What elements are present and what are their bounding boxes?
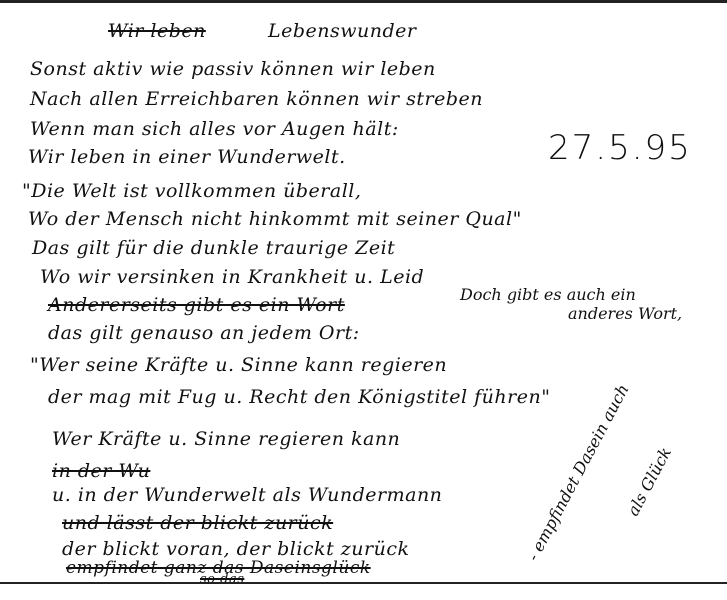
date-note: 27.5.95 [548, 128, 692, 168]
margin-note-rotated: - empfindet Dasein auch [523, 381, 632, 564]
poem-line: Sonst aktiv wie passiv können wir leben [30, 58, 436, 80]
poem-line-struck: so das [200, 572, 244, 587]
poem-line: Wir leben in einer Wunderwelt. [28, 146, 346, 168]
poem-line: u. in der Wunderwelt als Wundermann [52, 484, 442, 506]
poem-line: Wo der Mensch nicht hinkommt mit seiner … [28, 208, 522, 230]
margin-note-rotated: als Glück [623, 444, 675, 519]
poem-line: der mag mit Fug u. Recht den Königstitel… [48, 386, 550, 408]
page-bottom-edge [0, 582, 727, 584]
page-top-edge [0, 0, 727, 3]
poem-line: Das gilt für die dunkle traurige Zeit [32, 237, 395, 259]
poem-line-struck: und lässt der blickt zurück [62, 512, 333, 534]
poem-line: der blickt voran, der blickt zurück [62, 538, 409, 560]
poem-line: das gilt genauso an jedem Ort: [48, 322, 360, 344]
poem-line-struck: Andererseits gibt es ein Wort [48, 294, 345, 316]
poem-line: Wenn man sich alles vor Augen hält: [30, 118, 399, 140]
title-struck: Wir leben [108, 20, 206, 42]
margin-note: anderes Wort, [568, 304, 682, 323]
poem-line: Wer Kräfte u. Sinne regieren kann [52, 428, 400, 450]
poem-line-struck: in der Wu [52, 460, 150, 482]
poem-line: Nach allen Erreichbaren können wir streb… [30, 88, 483, 110]
poem-title: Lebenswunder [268, 20, 416, 42]
poem-line: Wo wir versinken in Krankheit u. Leid [40, 266, 424, 288]
poem-line: "Die Welt ist vollkommen überall, [22, 180, 361, 202]
margin-note: Doch gibt es auch ein [460, 285, 636, 304]
poem-line: "Wer seine Kräfte u. Sinne kann regieren [30, 354, 447, 376]
